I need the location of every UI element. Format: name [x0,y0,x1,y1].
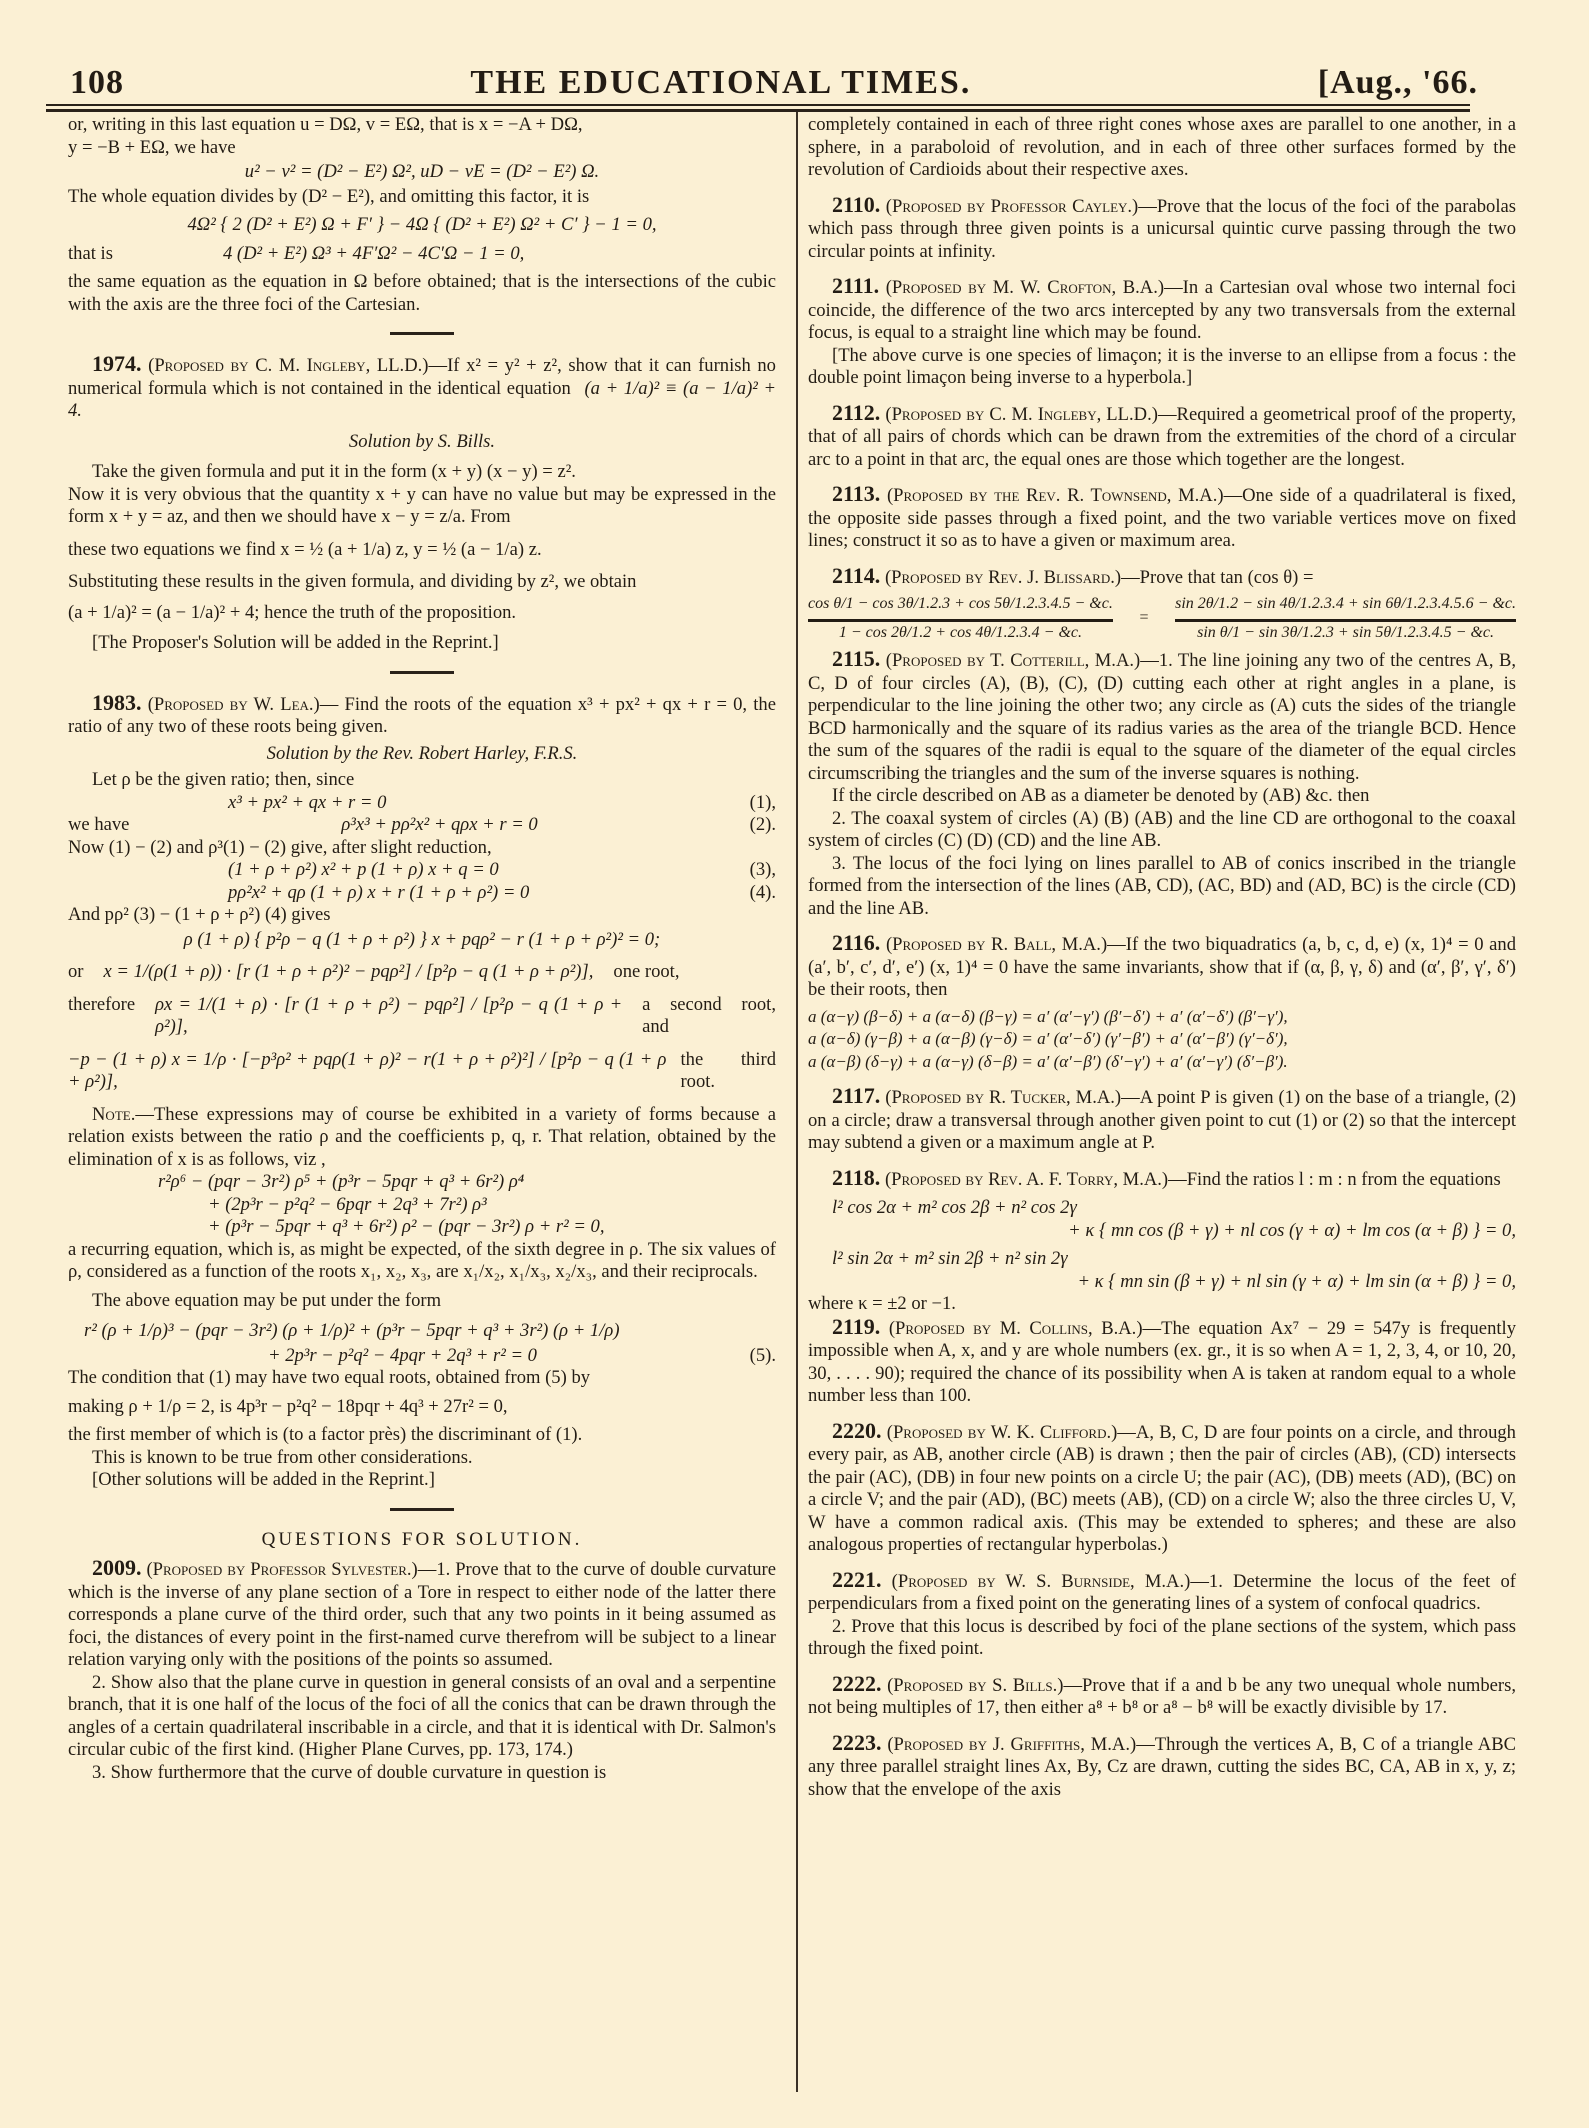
text: (4). [750,882,776,905]
text: 2. The coaxal system of circles (A) (B) … [808,808,1516,853]
question-number: 1974. [92,351,142,376]
equation: ρ (1 + ρ) { p²ρ − q (1 + ρ + ρ²) } x + p… [68,929,776,952]
text [808,1408,1516,1420]
question-number: 2110. [832,192,880,217]
text: x³ + px² + qx + r = 0 [228,792,386,815]
text [808,553,1516,565]
question-number: 2222. [832,1671,882,1696]
intro-section: or, writing in this last equation u = DΩ… [68,114,776,316]
question-2114: 2114. (Proposed by Rev. J. Blissard.)—Pr… [808,565,1516,645]
equation: a (α−β) (δ−γ) + a (α−γ) (δ−β) = a′ (α′−β… [808,1051,1516,1074]
proposer: (Proposed by Professor Sylvester.) [146,1559,417,1580]
text [808,1661,1516,1673]
editorial-note: [The above curve is one species of limaç… [808,345,1516,390]
question-2222: 2222. (Proposed by S. Bills.)—Prove that… [808,1673,1516,1720]
question-2113: 2113. (Proposed by the Rev. R. Townsend,… [808,483,1516,553]
text: —Prove that tan (cos θ) = [1121,567,1313,588]
solution-attribution: Solution by the Rev. Robert Harley, F.R.… [68,743,776,766]
note-text: —These expressions may of course be exhi… [68,1104,776,1170]
separator-rule [390,1508,454,1511]
text: where κ = ±2 or −1. [808,1293,1516,1316]
journal-page: 108 THE EDUCATIONAL TIMES. [Aug., '66. o… [0,0,1589,2128]
fraction-equation: cos θ/1 − cos 3θ/1.2.3 + cos 5θ/1.2.3.4.… [808,593,1516,644]
numbered-equation: + 2p³r − p²q² − 4pqr + 2q³ + r² = 0(5). [68,1345,776,1368]
question-number: 2117. [832,1083,880,1108]
text: sin 2θ/1.2 − sin 4θ/1.2.3.4 + sin 6θ/1.2… [1175,593,1516,622]
proposer: (Proposed by C. M. Ingleby, LL.D.) [148,355,428,376]
equation: a (α−γ) (β−δ) + a (α−δ) (β−γ) = a′ (α′−γ… [808,1006,1516,1029]
section-heading: QUESTIONS FOR SOLUTION. [68,1529,776,1552]
proposer: (Proposed by R. Tucker, M.A.) [885,1087,1121,1108]
text: 2222. (Proposed by S. Bills.)—Prove that… [808,1673,1516,1720]
question-1983: 1983. (Proposed by W. Lea.)— Find the ro… [68,692,776,1492]
numbered-equation: x³ + px² + qx + r = 0(1), [68,792,776,815]
text: 3. The locus of the foci lying on lines … [808,853,1516,921]
proposer: (Proposed by Professor Cayley.) [886,196,1138,217]
text-line: Let ρ be the given ratio; then, since [68,769,776,792]
question-2112: 2112. (Proposed by C. M. Ingleby, LL.D.)… [808,402,1516,472]
equation: + (p³r − 5pqr + q³ + 6r²) ρ² − (pqr − 3r… [68,1216,776,1239]
proposer: (Proposed by R. Ball, M.A.) [886,934,1107,955]
equation: u² − v² = (D² − E²) Ω², uD − vE = (D² − … [68,161,776,184]
text: 2118. (Proposed by Rev. A. F. Torry, M.A… [808,1167,1516,1192]
text: 1974. (Proposed by C. M. Ingleby, LL.D.)… [68,353,776,423]
editorial-note: [The Proposer's Solution will be added i… [68,632,776,655]
text: cos θ/1 − cos 3θ/1.2.3 + cos 5θ/1.2.3.4.… [808,593,1113,644]
text-line: the first member of which is (to a facto… [68,1424,776,1447]
question-2110: 2110. (Proposed by Professor Cayley.)—Pr… [808,194,1516,264]
text-paragraph: Now it is very obvious that the quantity… [68,484,776,529]
text-line: Take the given formula and put it in the… [68,461,776,484]
equation: + κ { mn sin (β + γ) + nl sin (γ + α) + … [808,1271,1516,1294]
text-paragraph: the same equation as the equation in Ω b… [68,271,776,316]
text: one root, [613,961,679,984]
question-2119: 2119. (Proposed by M. Collins, B.A.)—The… [808,1316,1516,1408]
question-number: 2112. [832,400,880,425]
issue-date: [Aug., '66. [1318,64,1478,102]
page-number: 108 [70,64,124,102]
text: 2114. (Proposed by Rev. J. Blissard.)—Pr… [808,565,1516,590]
text [808,1155,1516,1167]
question-number: 1983. [92,690,142,715]
text: 2110. (Proposed by Professor Cayley.)—Pr… [808,194,1516,264]
text [808,1073,1516,1085]
question-number: 2221. [832,1567,882,1592]
text: (2). [750,814,776,837]
proposer: (Proposed by W. Lea.) [148,694,320,715]
question-number: 2118. [832,1165,880,1190]
text-line: This is known to be true from other cons… [68,1447,776,1470]
text [808,920,1516,932]
text: 2119. (Proposed by M. Collins, B.A.)—The… [808,1316,1516,1408]
equation: a (α−δ) (γ−β) + a (α−β) (γ−δ) = a′ (α′−δ… [808,1028,1516,1051]
solution-attribution: Solution by S. Bills. [68,431,776,454]
equation: + (2p³r − p²q² − 6pqr + 2q³ + 7r²) ρ³ [68,1194,776,1217]
proposer: (Proposed by C. M. Ingleby, LL.D.) [885,404,1158,425]
editorial-note: [Other solutions will be added in the Re… [68,1469,776,1492]
question-2115: 2115. (Proposed by T. Cotterill, M.A.)—1… [808,648,1516,920]
text: sin θ/1 − sin 3θ/1.2.3 + sin 5θ/1.2.3.4.… [1175,622,1516,645]
continued-text: completely contained in each of three ri… [808,114,1516,182]
equation: 4Ω² { 2 (D² + E²) Ω + F′ } − 4Ω { (D² + … [68,214,776,237]
separator-rule [390,332,454,335]
text: (3), [750,859,776,882]
text: therefore [68,994,135,1039]
text: 2116. (Proposed by R. Ball, M.A.)—If the… [808,932,1516,1002]
text: 2111. (Proposed by M. W. Crofton, B.A.)—… [808,275,1516,345]
text: −p − (1 + ρ) x = 1/ρ · [−p³ρ² + pqρ(1 + … [68,1049,666,1094]
proposer: (Proposed by W. K. Clifford.) [887,1422,1118,1443]
text: 2113. (Proposed by the Rev. R. Townsend,… [808,483,1516,553]
text [808,471,1516,483]
text-paragraph: a recurring equation, which is, as might… [68,1239,776,1284]
text-line: The above equation may be put under the … [68,1290,776,1313]
equation: l² cos 2α + m² cos 2β + n² cos 2γ [808,1197,1516,1220]
header-rule [46,104,1470,106]
numbered-equation: we have ρ³x³ + pρ²x² + qρx + r = 0 (2). [68,814,776,837]
proposer: (Proposed by M. Collins, B.A.) [889,1318,1143,1339]
text: x = 1/(ρ(1 + ρ)) · [r (1 + ρ + ρ²)² − pq… [104,961,594,984]
header-rule-thick [46,109,1470,112]
question-2117: 2117. (Proposed by R. Tucker, M.A.)—A po… [808,1085,1516,1155]
question-number: 2114. [832,563,880,588]
question-2111: 2111. (Proposed by M. W. Crofton, B.A.)—… [808,275,1516,390]
text-line: y = −B + EΩ, we have [68,137,776,160]
right-column: completely contained in each of three ri… [808,114,1516,1801]
question-number: 2009. [92,1555,142,1580]
proposer: (Proposed by M. W. Crofton, B.A.) [886,277,1164,298]
text: 2220. (Proposed by W. K. Clifford.)—A, B… [808,1420,1516,1557]
text: 2117. (Proposed by R. Tucker, M.A.)—A po… [808,1085,1516,1155]
text: Note.—These expressions may of course be… [68,1104,776,1172]
equation-row: that is 4 (D² + E²) Ω³ + 4F′Ω² − 4C′Ω − … [68,243,776,266]
text: (1), [750,792,776,815]
text: If the circle described on AB as a diame… [808,785,1516,808]
text: (5). [750,1345,776,1368]
text: cos θ/1 − cos 3θ/1.2.3 + cos 5θ/1.2.3.4.… [808,593,1113,622]
page-header: 108 THE EDUCATIONAL TIMES. [Aug., '66. [70,58,1478,102]
text [808,182,1516,194]
equation-line: these two equations we find x = ½ (a + 1… [68,539,776,562]
question-number: 2223. [832,1730,882,1755]
question-number: 2113. [832,481,880,506]
question-2221: 2221. (Proposed by W. S. Burnside, M.A.)… [808,1569,1516,1661]
question-2118: 2118. (Proposed by Rev. A. F. Torry, M.A… [808,1167,1516,1316]
text-line: Substituting these results in the given … [68,571,776,594]
left-column: or, writing in this last equation u = DΩ… [68,114,776,1784]
proposer: (Proposed by Rev. J. Blissard.) [885,567,1121,588]
equation-line: (a + 1/a)² = (a − 1/a)² + 4; hence the t… [68,602,776,625]
text [808,390,1516,402]
text-line: The condition that (1) may have two equa… [68,1367,776,1390]
text: pρ²x² + qρ (1 + ρ) x + r (1 + ρ + ρ²) = … [228,882,529,905]
proposer: (Proposed by S. Bills.) [887,1675,1063,1696]
question-2223: 2223. (Proposed by J. Griffiths, M.A.)—T… [808,1732,1516,1802]
separator-rule [390,671,454,674]
journal-title: THE EDUCATIONAL TIMES. [470,64,971,102]
question-1974: 1974. (Proposed by C. M. Ingleby, LL.D.)… [68,353,776,655]
text: —Find the ratios l : m : n from the equa… [1168,1169,1501,1190]
text: ρx = 1/(1 + ρ) · [r (1 + ρ + ρ²) − pqρ²]… [155,994,622,1039]
text: 2223. (Proposed by J. Griffiths, M.A.)—T… [808,1732,1516,1802]
question-number: 2115. [832,646,880,671]
equation: l² sin 2α + m² sin 2β + n² sin 2γ [808,1248,1516,1271]
proposer: (Proposed by T. Cotterill, M.A.) [886,650,1140,671]
label: that is [68,243,113,266]
text-line: or, writing in this last equation u = DΩ… [68,114,776,137]
root-equation: −p − (1 + ρ) x = 1/ρ · [−p³ρ² + pqρ(1 + … [68,1049,776,1094]
text: (1 + ρ + ρ²) x² + p (1 + ρ) x + q = 0 [228,859,499,882]
question-2116: 2116. (Proposed by R. Ball, M.A.)—If the… [808,932,1516,1073]
text-line: The whole equation divides by (D² − E²),… [68,186,776,209]
text: ρ³x³ + pρ²x² + qρx + r = 0 [341,814,537,837]
column-divider [796,112,798,2092]
text: 2. Prove that this locus is described by… [808,1616,1516,1661]
question-2220: 2220. (Proposed by W. K. Clifford.)—A, B… [808,1420,1516,1557]
proposer: (Proposed by the Rev. R. Townsend, M.A.) [887,485,1224,506]
text: 2115. (Proposed by T. Cotterill, M.A.)—1… [808,648,1516,785]
text: we have [68,814,129,837]
text [808,1557,1516,1569]
question-number: 2116. [832,930,880,955]
text-line: Now (1) − (2) and ρ³(1) − (2) give, afte… [68,837,776,860]
root-equation: or x = 1/(ρ(1 + ρ)) · [r (1 + ρ + ρ²)² −… [68,961,776,984]
text: 1 − cos 2θ/1.2 + cos 4θ/1.2.3.4 − &c. [808,622,1113,645]
text: + 2p³r − p²q² − 4pqr + 2q³ + r² = 0 [268,1345,537,1368]
question-2009: 2009. (Proposed by Professor Sylvester.)… [68,1557,776,1784]
text: or [68,961,84,984]
equation-line: making ρ + 1/ρ = 2, is 4p³r − p²q² − 18p… [68,1396,776,1419]
text: a second root, and [642,994,776,1039]
numbered-equation: (1 + ρ + ρ²) x² + p (1 + ρ) x + q = 0(3)… [68,859,776,882]
text: the third root. [680,1049,776,1094]
note-label: Note. [92,1104,135,1125]
equation: + κ { mn cos (β + γ) + nl cos (γ + α) + … [808,1220,1516,1243]
text [808,263,1516,275]
text: 1983. (Proposed by W. Lea.)— Find the ro… [68,692,776,739]
question-number: 2111. [832,273,879,298]
equation: r² (ρ + 1/ρ)³ − (pqr − 3r²) (ρ + 1/ρ)² +… [68,1320,776,1343]
question-text: 3. Show furthermore that the curve of do… [68,1762,776,1785]
equation: r²ρ⁶ − (pqr − 3r²) ρ⁵ + (p³r − 5pqr + q³… [68,1171,776,1194]
proposer: (Proposed by J. Griffiths, M.A.) [887,1734,1136,1755]
text: sin 2θ/1.2 − sin 4θ/1.2.3.4 + sin 6θ/1.2… [1175,593,1516,644]
text: 2221. (Proposed by W. S. Burnside, M.A.)… [808,1569,1516,1616]
text: 2009. (Proposed by Professor Sylvester.)… [68,1557,776,1672]
text: 2112. (Proposed by C. M. Ingleby, LL.D.)… [808,402,1516,472]
proposer: (Proposed by Rev. A. F. Torry, M.A.) [885,1169,1168,1190]
text [808,1720,1516,1732]
proposer: (Proposed by W. S. Burnside, M.A.) [892,1571,1191,1592]
root-equation: therefore ρx = 1/(1 + ρ) · [r (1 + ρ + ρ… [68,994,776,1039]
text: = [1139,607,1148,630]
question-number: 2220. [832,1418,882,1443]
question-text: 2. Show also that the plane curve in que… [68,1672,776,1762]
numbered-equation: pρ²x² + qρ (1 + ρ) x + r (1 + ρ + ρ²) = … [68,882,776,905]
equation: 4 (D² + E²) Ω³ + 4F′Ω² − 4C′Ω − 1 = 0, [223,243,524,266]
question-number: 2119. [832,1314,880,1339]
text-line: And pρ² (3) − (1 + ρ + ρ²) (4) gives [68,904,776,927]
